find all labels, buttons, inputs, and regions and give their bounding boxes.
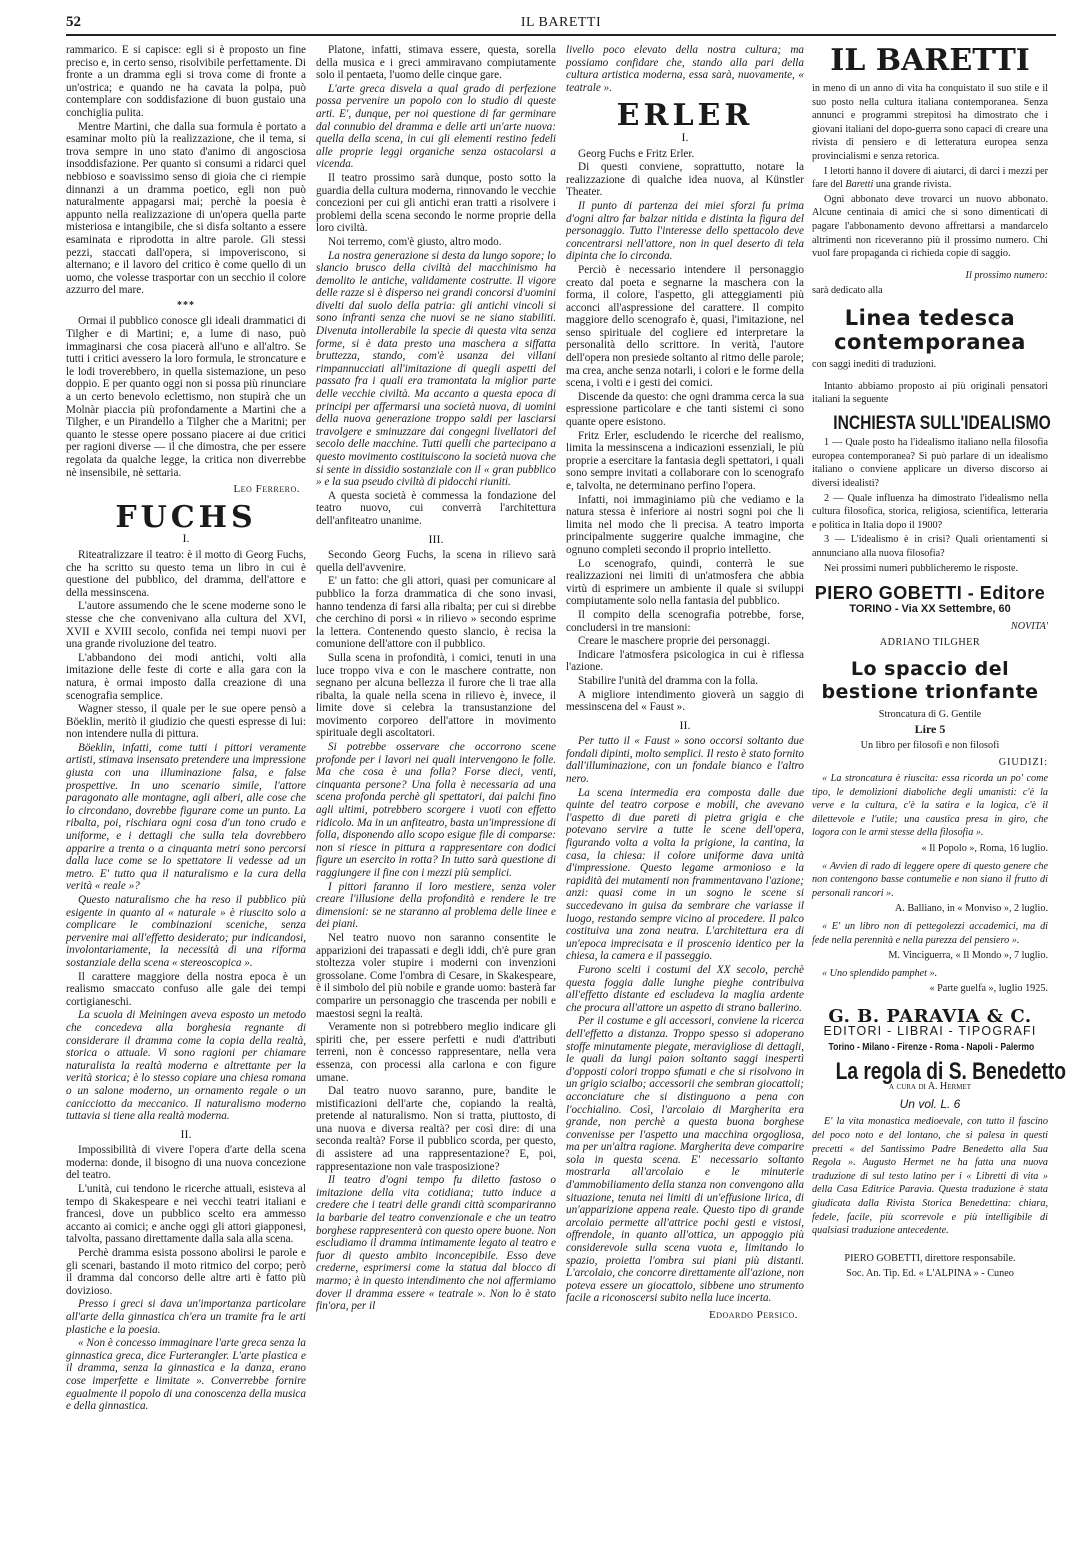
linea-subtitle: con saggi inediti di traduzioni.: [812, 358, 1048, 372]
review-quote: « E' un libro non di pettegolezzi accade…: [812, 920, 1048, 947]
paragraph: Noi terremo, com'è giusto, altro modo.: [316, 236, 556, 249]
paragraph: La scena intermedia era composta dalle d…: [566, 787, 804, 963]
paragraph: Perciò è necessario intendere il persona…: [566, 264, 804, 390]
review-quote: « La stroncatura è riuscita: essa ricord…: [812, 772, 1048, 840]
paragraph: Ormai il pubblico conosce gli ideali dra…: [66, 315, 306, 479]
paragraph: Il compito della scenografia potrebbe, f…: [566, 609, 804, 634]
publisher-name: PIERO GOBETTI - Editore: [812, 587, 1048, 601]
paragraph: Veramente non si potrebbero meglio indic…: [316, 1021, 556, 1084]
paragraph: Il punto di partenza dei miei sforzi fu …: [566, 200, 804, 263]
paragraph: La nostra generazione si desta da lungo …: [316, 250, 556, 489]
paragraph: Presso i greci si dava un'importanza par…: [66, 1298, 306, 1336]
paragraph: Per il costume e gli accessori, conviene…: [566, 1015, 804, 1305]
review-quote: « Avvien di rado di leggere opere di que…: [812, 860, 1048, 901]
article-title-fuchs: FUCHS: [66, 512, 306, 525]
section-number: II.: [566, 719, 804, 732]
paragraph: in meno di un anno di vita ha conquistat…: [812, 82, 1048, 164]
book-tagline: Un libro per filosofi e non filosofi: [812, 739, 1048, 753]
book-subtitle: Stroncatura di G. Gentile: [812, 708, 1048, 722]
paragraph: A migliore intendimento gioverà un saggi…: [566, 689, 804, 714]
paravia-name: G. B. PARAVIA & C.: [812, 1010, 1048, 1024]
question-2: 2 — Quale influenza ha dimostrato l'idea…: [812, 492, 1048, 533]
paragraph: Lo scenografo, quindi, conterrà le sue r…: [566, 558, 804, 608]
paragraph: Böeklin, infatti, come tutti i pittori v…: [66, 742, 306, 893]
question-1: 1 — Quale posto ha l'idealismo italiano …: [812, 436, 1048, 490]
header-rule: [66, 34, 1056, 36]
paragraph: Infatti, noi immaginiamo più che vediamo…: [566, 494, 804, 557]
review-source: M. Vinciguerra, « Il Mondo », 7 luglio.: [812, 949, 1048, 963]
paragraph: « Non è concesso immaginare l'arte greca…: [66, 1337, 306, 1413]
review-quote: « Uno splendido pamphet ».: [812, 967, 1048, 981]
paragraph: A questa società è commessa la fondazion…: [316, 490, 556, 528]
paragraph: Per tutto il « Faust » sono occorsi solt…: [566, 735, 804, 785]
review-source: « Parte guelfa », luglio 1925.: [812, 982, 1048, 996]
printer-line: Soc. An. Tip. Ed. « L'ALPINA » - Cuneo: [812, 1267, 1048, 1281]
paragraph: L'abbandono dei modi antichi, volti alla…: [66, 652, 306, 702]
paragraph: Nei prossimi numeri pubblicheremo le ris…: [812, 562, 1048, 576]
paragraph: Il carattere maggiore della nostra epoca…: [66, 971, 306, 1009]
dedicated-text: sarà dedicato alla: [812, 284, 1048, 298]
paragraph: Perchè dramma esista possono abolirsi le…: [66, 1247, 306, 1297]
paragraph: Il teatro prossimo sarà dunque, posto so…: [316, 172, 556, 235]
linea-tedesca-title: Linea tedesca contemporanea: [812, 306, 1048, 354]
book-price: Lire 5: [812, 723, 1048, 737]
book-author: ADRIANO TILGHER: [812, 636, 1048, 650]
publisher-address: TORINO - Via XX Settembre, 60: [812, 603, 1048, 617]
paragraph: Discende da questo: che ogni dramma cerc…: [566, 391, 804, 429]
paragraph: Il teatro d'ogni tempo fu diletto fastos…: [316, 1174, 556, 1313]
novita-label: NOVITA': [812, 620, 1048, 634]
paravia-subtitle: EDITORI - LIBRAI - TIPOGRAFI: [812, 1025, 1048, 1039]
paragraph: Si potrebbe osservare che occorrono scen…: [316, 741, 556, 880]
section-number: III.: [316, 533, 556, 546]
paragraph: Impossibilità di vivere l'opera d'arte d…: [66, 1144, 306, 1182]
paragraph: Nel teatro nuovo non saranno consentite …: [316, 932, 556, 1020]
regola-description: E' la vita monastica medioevale, con tut…: [812, 1115, 1048, 1237]
paragraph: Furono scelti i costumi del XX secolo, p…: [566, 964, 804, 1014]
paragraph: Sulla scena in profondità, i comici, ten…: [316, 652, 556, 740]
regola-title: La regola di S. Benedetto: [836, 1065, 1025, 1079]
paragraph: Di questi conviene, soprattutto, notare …: [566, 161, 804, 199]
inchiesta-title: INCHIESTA SULL'IDEALISMO: [833, 417, 1027, 431]
paragraph: Platone, infatti, stimava essere, questa…: [316, 44, 556, 82]
paragraph: Stabilire l'unità del dramma con la foll…: [566, 675, 804, 688]
paravia-cities: Torino - Milano - Firenze - Roma - Napol…: [829, 1041, 1032, 1055]
paragraph: Creare le maschere proprie dei personagg…: [566, 635, 804, 648]
paragraph: Fritz Erler, escludendo le ricerche del …: [566, 430, 804, 493]
next-issue-label: Il prossimo numero:: [812, 269, 1048, 283]
section-number: I.: [66, 532, 306, 545]
author-signature: Edoardo Persico.: [566, 1309, 798, 1322]
paragraph: Mentre Martini, che dalla sua formula è …: [66, 121, 306, 297]
book-title: Lo spaccio del bestione trionfante: [812, 658, 1048, 704]
section-number: II.: [66, 1128, 306, 1141]
page-header: 52 IL BARETTI: [66, 14, 1056, 36]
paragraph: I pittori faranno il loro mestiere, senz…: [316, 881, 556, 931]
paragraph: Ogni abbonato deve trovarci un nuovo abb…: [812, 193, 1048, 261]
column-2: Platone, infatti, stimava essere, questa…: [316, 44, 556, 1314]
paragraph: Secondo Georg Fuchs, la scena in rilievo…: [316, 549, 556, 574]
paragraph: Wagner stesso, il quale per le sue opere…: [66, 703, 306, 741]
author-signature: Leo Ferrero.: [66, 483, 300, 496]
paragraph: E' un fatto: che gli attori, quasi per c…: [316, 575, 556, 651]
review-source: A. Balliano, in « Monviso », 2 luglio.: [812, 902, 1048, 916]
regola-price: Un vol. L. 6: [812, 1098, 1048, 1112]
section-number: I.: [566, 131, 804, 144]
paragraph: L'unità, cui tendono le ricerche attuali…: [66, 1183, 306, 1246]
paragraph: L'autore assumendo che le scene moderne …: [66, 600, 306, 650]
article-title-erler: ERLER: [566, 110, 804, 123]
question-3: 3 — L'idealismo è in crisi? Quali orient…: [812, 533, 1048, 560]
paragraph: La scuola di Meiningen aveva esposto un …: [66, 1009, 306, 1122]
paragraph: L'arte greca disvela a qual grado di per…: [316, 83, 556, 171]
paragraph: Riteatralizzare il teatro: è il motto di…: [66, 549, 306, 599]
running-title: IL BARETTI: [66, 15, 1056, 31]
paragraph: Questo naturalismo che ha reso il pubbli…: [66, 894, 306, 970]
giudizi-label: GIUDIZI:: [812, 756, 1048, 770]
column-1: rammarico. E si capisce: egli si è propo…: [66, 44, 306, 1414]
paragraph: Dal teatro nuovo saranno, pure, bandite …: [316, 1085, 556, 1173]
review-source: « Il Popolo », Roma, 16 luglio.: [812, 842, 1048, 856]
paragraph: Indicare l'atmosfera psicologica in cui …: [566, 649, 804, 674]
paragraph: I letorti hanno il dovere di aiutarci, d…: [812, 165, 1048, 192]
masthead-il-baretti: IL BARETTI: [812, 44, 1048, 78]
paragraph: livello poco elevato della nostra cultur…: [566, 44, 804, 94]
paragraph: rammarico. E si capisce: egli si è propo…: [66, 44, 306, 120]
column-4-ads: IL BARETTI in meno di un anno di vita ha…: [812, 44, 1048, 1283]
section-separator: ***: [66, 300, 306, 313]
column-3: livello poco elevato della nostra cultur…: [566, 44, 804, 1322]
paragraph: Georg Fuchs e Fritz Erler.: [566, 148, 804, 161]
paragraph: Intanto abbiamo proposto ai più original…: [812, 380, 1048, 407]
director-line: PIERO GOBETTI, direttore responsabile.: [812, 1252, 1048, 1266]
